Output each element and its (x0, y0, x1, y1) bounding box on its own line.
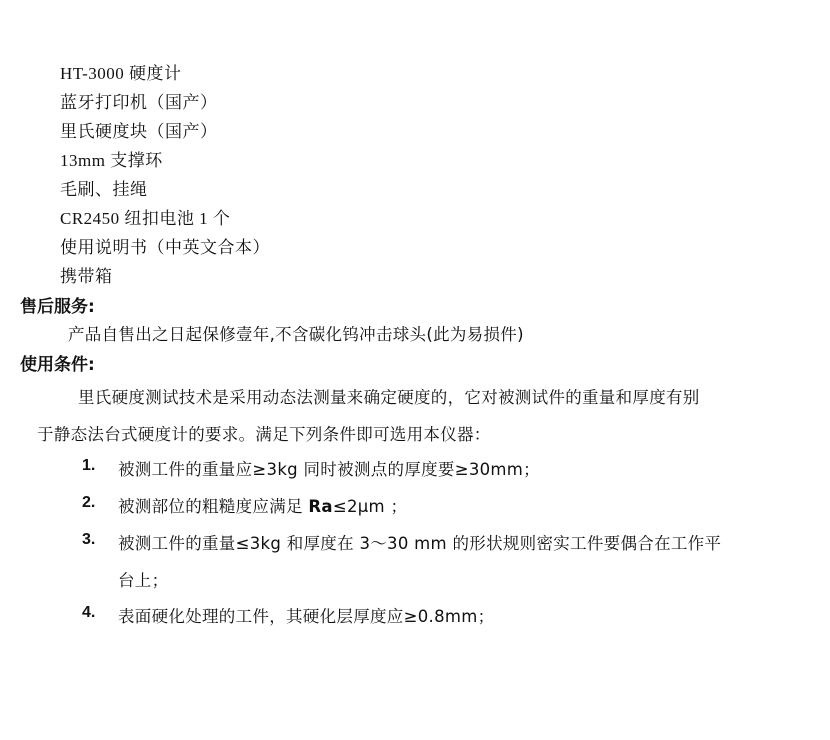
list-number: 1. (82, 457, 95, 475)
condition-text: 表面硬化处理的工件，其硬化层厚度应≥0.8mm； (118, 603, 494, 627)
condition-text: 被测工件的重量应≥3kg 同时被测点的厚度要≥30mm； (118, 456, 540, 480)
after-sales-text: 产品自售出之日起保修壹年,不含碳化钨冲击球头(此为易损件) (68, 321, 524, 345)
package-item: 毛刷、挂绳 (60, 175, 148, 200)
package-item: HT-3000 硬度计 (60, 59, 182, 84)
package-item: 13mm 支撑环 (60, 146, 163, 171)
package-item: CR2450 纽扣电池 1 个 (60, 204, 230, 229)
condition-text: 被测部位的粗糙度应满足 Ra≤2μm ； (118, 493, 407, 517)
package-item: 蓝牙打印机（国产） (60, 88, 218, 113)
condition-text-suffix: ≤2μm ； (333, 497, 407, 516)
usage-intro-line2: 于静态法台式硬度计的要求。满足下列条件即可选用本仪器： (37, 421, 491, 445)
condition-text: 被测工件的重量≤3kg 和厚度在 3～30 mm 的形状规则密实工件要偶合在工作… (118, 530, 721, 554)
package-item: 里氏硬度块（国产） (60, 117, 218, 142)
list-number: 3. (82, 531, 95, 549)
usage-conditions-heading: 使用条件: (20, 350, 95, 375)
list-number: 4. (82, 604, 95, 622)
condition-text-continued: 台上； (118, 567, 168, 591)
roughness-symbol: Ra (308, 497, 332, 516)
after-sales-heading: 售后服务: (20, 292, 95, 317)
condition-text-prefix: 被测部位的粗糙度应满足 (118, 497, 308, 516)
package-item: 使用说明书（中英文合本） (60, 233, 270, 258)
list-number: 2. (82, 494, 95, 512)
usage-intro-line1: 里氏硬度测试技术是采用动态法测量来确定硬度的，它对被测试件的重量和厚度有别 (78, 384, 700, 408)
package-item: 携带箱 (60, 262, 113, 287)
